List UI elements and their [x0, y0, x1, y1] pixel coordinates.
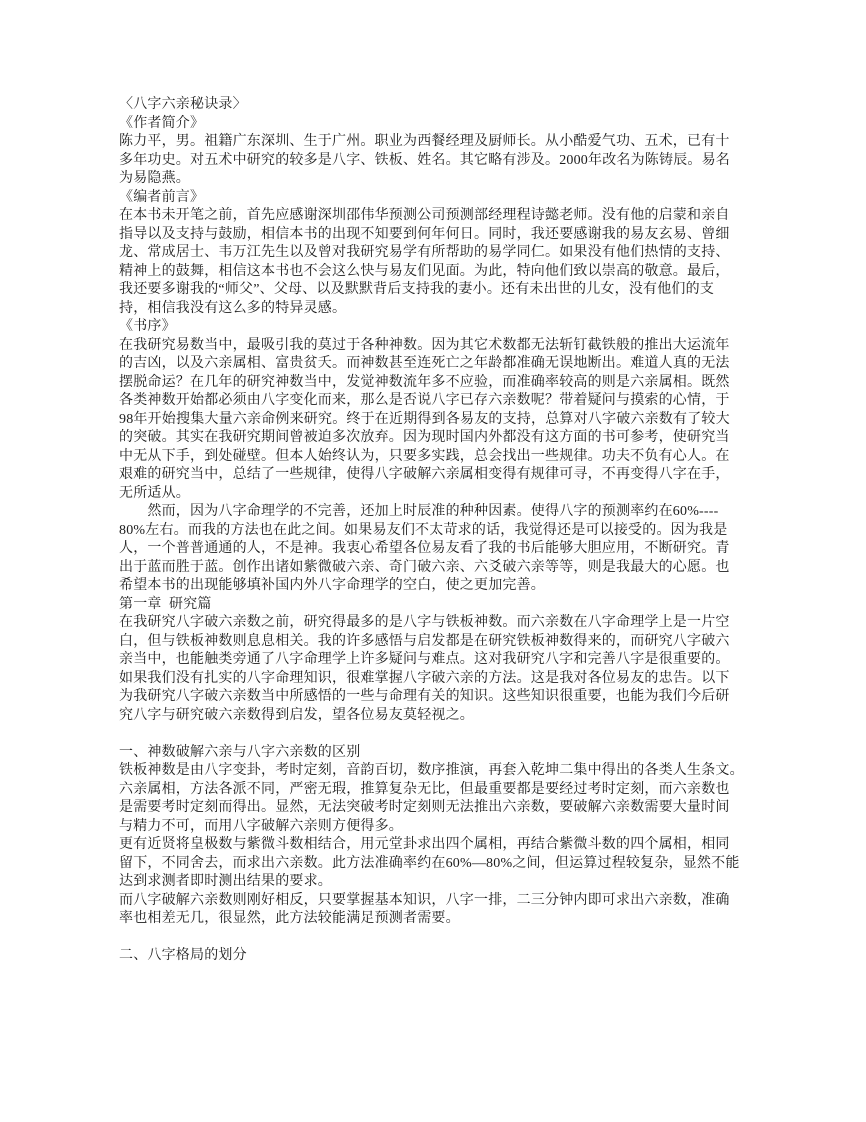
text-line: 铁板神数是由八字变卦，考时定刻，音韵百切，数序推演，再套入乾坤二集中得出的各类人… [119, 762, 767, 781]
text-line: 亲当中，也能触类旁通了八字命理学上许多疑问与难点。这对我研究八字和完善八字是很重… [119, 651, 767, 670]
text-line: 陈力平，男。祖籍广东深圳、生于广州。职业为西餐经理及厨师长。从小酷爱气功、五术，… [119, 133, 767, 152]
text-line: 98年开始搜集大量六亲命例来研究。终于在近期得到各易友的支持，总算对八字破六亲数… [119, 411, 767, 430]
text-line: 达到求测者即时测出结果的要求。 [119, 873, 767, 892]
text-line: 指导以及支持与鼓励，相信本书的出现不知要到何年何日。同时，我还要感谢我的易友玄易… [119, 226, 767, 245]
text-line: 率也相差无几，很显然，此方法较能满足预测者需要。 [119, 910, 767, 929]
text-line: 在本书未开笔之前，首先应感谢深圳邵伟华预测公司预测部经理程诗懿老师。没有他的启蒙… [119, 207, 767, 226]
text-line: 持，相信我没有这么多的特异灵感。 [119, 300, 767, 319]
document-title: 〈八字六亲秘诀录〉 [119, 96, 767, 115]
text-line: 出于蓝而胜于蓝。创作出诸如紫微破六亲、奇门破六亲、六爻破六亲等等，则是我最大的心… [119, 559, 767, 578]
text-line: 是需要考时定刻而得出。显然，无法突破考时定刻则无法推出六亲数，要破解六亲数需要大… [119, 799, 767, 818]
text-line: 精神上的鼓舞，相信这本书也不会这么快与易友们见面。为此，特向他们致以崇高的敬意。… [119, 263, 767, 282]
text-line: 人，一个普普通通的人，不是神。我衷心希望各位易友看了我的书后能够大胆应用，不断研… [119, 540, 767, 559]
section-heading: 第一章 研究篇 [119, 596, 767, 615]
blank-line [119, 929, 767, 948]
text-line: 无所适从。 [119, 485, 767, 504]
text-line: 为易隐燕。 [119, 170, 767, 189]
text-line: 在我研究易数当中，最吸引我的莫过于各种神数。因为其它术数都无法斩钉截铁般的推出大… [119, 337, 767, 356]
text-line: 留下，不同舍去，而求出六亲数。此方法准确率约在60%—80%之间，但运算过程较复… [119, 855, 767, 874]
text-line: 中无从下手，到处碰壁。但本人始终认为，只要多实践，总会找出一些规律。功夫不负有心… [119, 448, 767, 467]
text-line: 更有近贤将皇极数与紫微斗数相结合，用元堂卦求出四个属相，再结合紫微斗数的四个属相… [119, 836, 767, 855]
text-line: 如果我们没有扎实的八字命理知识，很难掌握八字破六亲的方法。这是我对各位易友的忠告… [119, 670, 767, 689]
text-line: 多年功史。对五术中研究的较多是八字、铁板、姓名。其它略有涉及。2000年改名为陈… [119, 152, 767, 171]
text-line: 的突破。其实在我研究期间曾被迫多次放弃。因为现时国内外都没有这方面的书可参考，使… [119, 429, 767, 448]
document-page: 〈八字六亲秘诀录〉《作者简介》陈力平，男。祖籍广东深圳、生于广州。职业为西餐经理… [0, 0, 866, 1122]
text-line: 希望本书的出现能够填补国内外八字命理学的空白，使之更加完善。 [119, 577, 767, 596]
blank-line [119, 725, 767, 744]
section-heading: 二、八字格局的划分 [119, 947, 767, 966]
text-line: 而八字破解六亲数则刚好相反，只要掌握基本知识，八字一排，二三分钟内即可求出六亲数… [119, 892, 767, 911]
text-line: 艰难的研究当中，总结了一些规律，使得八字破解六亲属相变得有规律可寻，不再变得八字… [119, 466, 767, 485]
document-text: 〈八字六亲秘诀录〉《作者简介》陈力平，男。祖籍广东深圳、生于广州。职业为西餐经理… [119, 96, 767, 966]
text-line: 摆脱命运？在几年的研究神数当中，发觉神数流年多不应验，而准确率较高的则是六亲属相… [119, 374, 767, 393]
text-line: 我还要多谢我的“师父”、父母、以及默默背后支持我的妻小。还有未出世的儿女，没有他… [119, 281, 767, 300]
text-line: 与精力不可，而用八字破解六亲则方便得多。 [119, 818, 767, 837]
section-heading: 《书序》 [119, 318, 767, 337]
section-heading: 一、神数破解六亲与八字六亲数的区别 [119, 744, 767, 763]
text-line: 为我研究八字破六亲数当中所感悟的一些与命理有关的知识。这些知识很重要，也能为我们… [119, 688, 767, 707]
text-line: 在我研究八字破六亲数之前，研究得最多的是八字与铁板神数。而六亲数在八字命理学上是… [119, 614, 767, 633]
text-line: 然而，因为八字命理学的不完善，还加上时辰准的种种因素。使得八字的预测率约在60%… [119, 503, 767, 522]
text-line: 的吉凶，以及六亲属相、富贵贫夭。而神数甚至连死亡之年龄都准确无误地断出。难道人真… [119, 355, 767, 374]
text-line: 各类神数开始都必须由八字变化而来，那么是否说八字已存六亲数呢？带着疑问与摸索的心… [119, 392, 767, 411]
text-line: 80%左右。而我的方法也在此之间。如果易友们不太苛求的话，我觉得还是可以接受的。… [119, 522, 767, 541]
section-heading: 《编者前言》 [119, 189, 767, 208]
text-line: 六亲属相，方法各派不同，严密无瑕，推算复杂无比，但最重要都是要经过考时定刻，而六… [119, 781, 767, 800]
text-line: 究八字与研究破六亲数得到启发，望各位易友莫轻视之。 [119, 707, 767, 726]
text-line: 龙、常成居士、韦万江先生以及曾对我研究易学有所帮助的易学同仁。如果没有他们热情的… [119, 244, 767, 263]
text-line: 白，但与铁板神数则息息相关。我的许多感悟与启发都是在研究铁板神数得来的，而研究八… [119, 633, 767, 652]
section-heading: 《作者简介》 [119, 115, 767, 134]
